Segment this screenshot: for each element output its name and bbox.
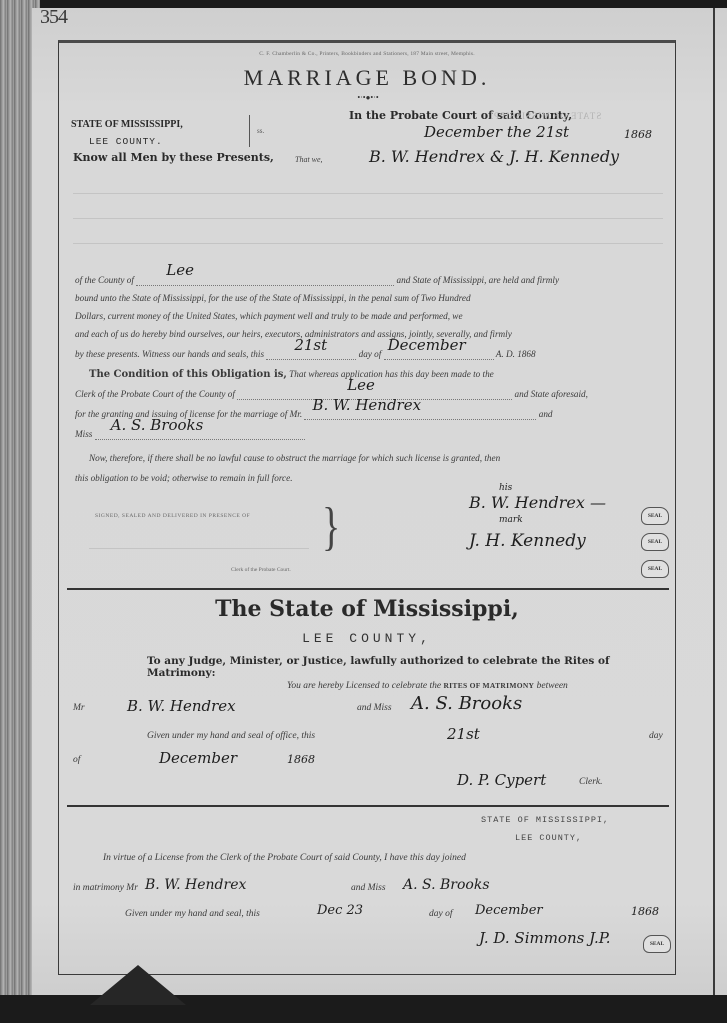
day-label: day (649, 731, 663, 741)
now-therefore-line: Now, therefore, if there shall be no law… (89, 453, 681, 463)
marriage-bond-form: C. F. Chamberlin & Co., Printers, Bookbi… (58, 40, 676, 975)
return-given-line: Given under my hand and seal, this (125, 909, 260, 919)
bleed-through-text: STATE OF MISSISSIPPI (489, 111, 601, 121)
given-line: Given under my hand and seal of office, … (147, 731, 315, 741)
return-county-label: LEE COUNTY, (515, 833, 582, 843)
seal-icon: SEAL (641, 507, 669, 525)
clerk-label: Clerk of the Probate Court. (231, 567, 291, 573)
bond-text-line: bound unto the State of Mississippi, for… (75, 293, 667, 303)
groom-field: B. W. Hendrex (304, 409, 536, 420)
ss-bracket (249, 115, 250, 147)
day-field: 21st (266, 349, 356, 360)
witness-line: by these presents. Witness our hands and… (75, 349, 667, 360)
text: You are hereby Licensed to celebrate the (287, 681, 441, 691)
binding-edge (713, 8, 715, 998)
license-bride-handwritten: A. S. Brooks (411, 693, 522, 714)
text: and State aforesaid, (515, 389, 588, 399)
document-title: MARRIAGE BOND. (59, 65, 675, 91)
groom-handwritten: B. W. Hendrex (312, 396, 421, 414)
license-day-handwritten: 21st (447, 725, 480, 743)
mark-label: mark (499, 515, 523, 525)
text: and State of Mississippi, are held and f… (397, 275, 559, 285)
ruled-line (73, 218, 663, 219)
license-and-miss-label: and Miss (357, 703, 392, 713)
bride-line: Miss A. S. Brooks (75, 429, 667, 440)
license-title: The State of Mississippi, (59, 596, 675, 622)
rites-label: RITES OF MATRIMONY (443, 681, 534, 690)
return-day-handwritten: Dec 23 (317, 903, 363, 918)
license-county: LEE COUNTY, (59, 631, 675, 646)
text: Miss (75, 429, 92, 439)
bond-date-handwritten: December the 21st (424, 123, 569, 141)
section-divider (67, 588, 669, 590)
his-label: his (499, 483, 512, 493)
printer-imprint: C. F. Chamberlin & Co., Printers, Bookbi… (59, 51, 675, 57)
license-month-handwritten: December (159, 749, 237, 767)
month-field: December (384, 349, 494, 360)
page-corner-tab (90, 965, 186, 1005)
signature-obligor-2: J. H. Kennedy (469, 531, 586, 551)
section-divider (67, 805, 669, 807)
virtue-line: In virtue of a License from the Clerk of… (103, 853, 466, 863)
county-handwritten: Lee (166, 261, 194, 279)
text: by these presents. Witness our hands and… (75, 349, 264, 359)
page-number: 354 (40, 6, 67, 29)
bond-text-line: and each of us do hereby bind ourselves,… (75, 329, 667, 339)
return-bride-handwritten: A. S. Brooks (403, 877, 490, 893)
ornament-divider: •·•●•·• (339, 93, 397, 102)
text: That whereas application has this day be… (289, 369, 494, 379)
obligors-names-handwritten: B. W. Hendrex & J. H. Kennedy (369, 147, 619, 166)
county-field: Lee (136, 275, 394, 286)
text: between (537, 681, 568, 691)
return-year: 1868 (631, 905, 659, 918)
bond-year-handwritten: 1868 (624, 128, 652, 141)
officiant-signature: J. D. Simmons J.P. (479, 929, 611, 947)
bond-county-label: LEE COUNTY. (89, 136, 163, 147)
clerk-county-handwritten: Lee (347, 376, 375, 394)
return-day-of-label: day of (429, 909, 452, 919)
bride-handwritten: A. S. Brooks (111, 416, 204, 434)
text: and (539, 409, 553, 419)
text: Clerk of the Probate Court of the County… (75, 389, 235, 399)
seal-icon: SEAL (643, 935, 671, 953)
bride-field: A. S. Brooks (95, 429, 305, 440)
text: of the County of (75, 275, 134, 285)
return-state-label: STATE OF MISSISSIPPI, (481, 815, 609, 825)
clerk-title: Clerk. (579, 777, 602, 787)
matrimony-label: in matrimony Mr (73, 883, 138, 893)
return-and-miss-label: and Miss (351, 883, 386, 893)
clerk-signature: D. P. Cypert (457, 771, 546, 789)
return-groom-handwritten: B. W. Hendrex (145, 877, 246, 893)
ruled-line (73, 243, 663, 244)
seal-icon: SEAL (641, 533, 669, 551)
know-all-heading: Know all Men by these Presents, (73, 151, 274, 164)
brace: } (322, 500, 340, 553)
bond-state-label: STATE OF MISSISSIPPI, (71, 119, 183, 130)
text: day of (359, 349, 382, 359)
to-any-heading: To any Judge, Minister, or Justice, lawf… (147, 655, 675, 679)
return-month-handwritten: December (475, 903, 543, 918)
signature-obligor-1: B. W. Hendrex — (469, 493, 606, 512)
ss-label: ss. (257, 127, 264, 135)
condition-heading: The Condition of this Obligation is, (89, 369, 287, 380)
void-line: this obligation to be void; otherwise to… (75, 473, 667, 483)
signed-sealed-label: SIGNED, SEALED AND DELIVERED IN PRESENCE… (95, 513, 250, 519)
seal-icon: SEAL (641, 560, 669, 578)
condition-line: The Condition of this Obligation is, Tha… (89, 369, 681, 380)
witness-signature-line (89, 548, 309, 549)
bond-text-line: Dollars, current money of the United Sta… (75, 311, 667, 321)
license-mr-label: Mr (73, 703, 85, 713)
day-handwritten: 21st (294, 336, 327, 354)
of-label: of (73, 755, 80, 765)
text: A. D. 1868 (496, 349, 536, 359)
license-year-handwritten: 1868 (287, 753, 315, 766)
ruled-line (73, 193, 663, 194)
that-we-label: That we, (295, 155, 323, 164)
license-groom-handwritten: B. W. Hendrex (127, 697, 236, 715)
bond-county-line: of the County of Lee and State of Missis… (75, 275, 667, 286)
month-handwritten: December (388, 336, 466, 354)
licensed-line: You are hereby Licensed to celebrate the… (287, 681, 568, 691)
